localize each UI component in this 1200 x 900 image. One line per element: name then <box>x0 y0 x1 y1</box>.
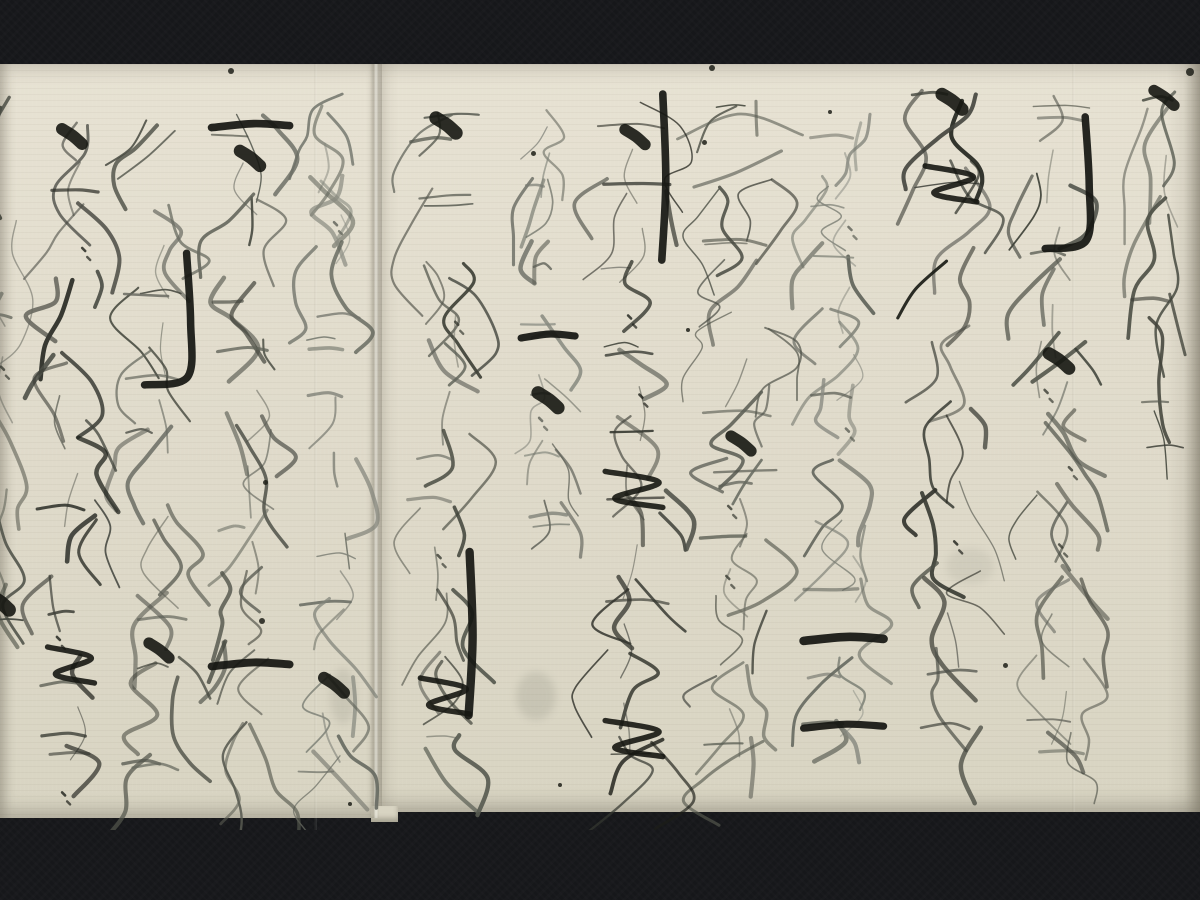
ink-speck <box>531 151 536 156</box>
ink-speck <box>1186 68 1194 76</box>
ink-speck <box>686 328 690 332</box>
ink-speck <box>558 783 562 787</box>
manuscript-paper <box>0 64 1200 830</box>
ink-specks <box>0 64 1200 830</box>
ink-speck <box>259 618 265 624</box>
ink-speck <box>228 68 234 74</box>
ink-speck <box>702 140 707 145</box>
ink-speck <box>263 480 268 485</box>
ink-speck <box>828 110 832 114</box>
ink-speck <box>348 802 352 806</box>
ink-speck <box>709 65 715 71</box>
ink-speck <box>1003 663 1008 668</box>
scroll-photograph <box>0 0 1200 900</box>
